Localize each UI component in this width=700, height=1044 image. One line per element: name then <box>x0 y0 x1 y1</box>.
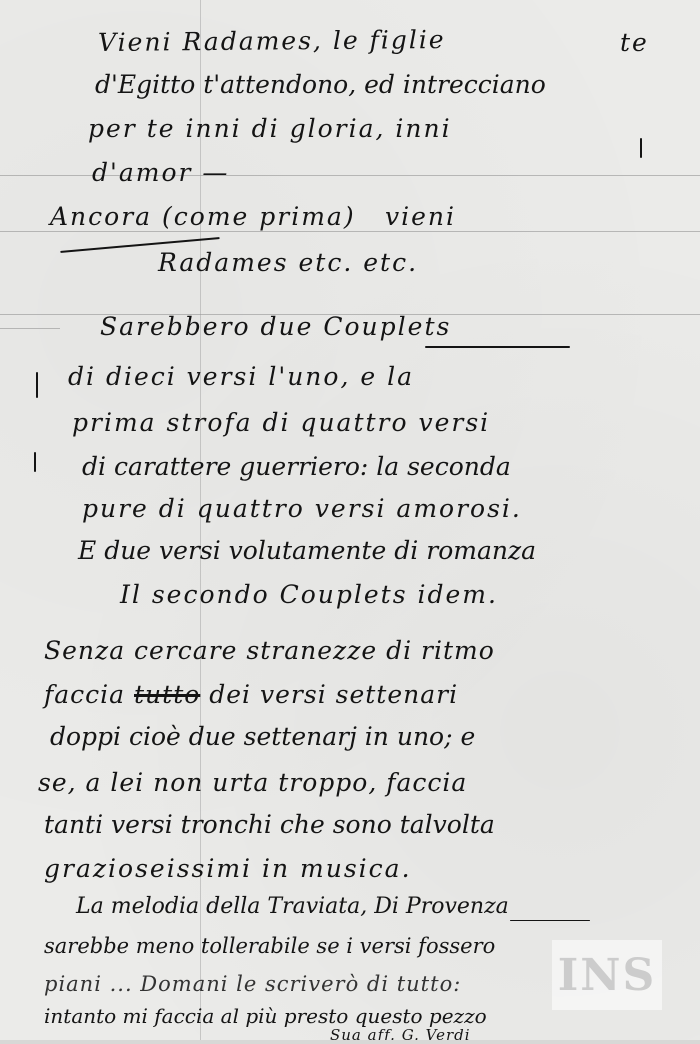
manuscript-line: Vieni Radames, le figlie <box>98 25 446 57</box>
line-fragment: dei versi settenari <box>200 680 458 709</box>
struck-word: tutto <box>134 680 200 709</box>
manuscript-line: prima strofa di quattro versi <box>72 408 490 437</box>
manuscript-line: sarebbe meno tollerabile se i versi foss… <box>44 934 495 958</box>
manuscript-line: di carattere guerriero: la seconda <box>82 452 511 481</box>
margin-mark <box>34 452 36 472</box>
manuscript-line: La melodia della Traviata, Di Provenza <box>76 894 509 919</box>
manuscript-line: E due versi volutamente di romanza <box>78 536 536 565</box>
manuscript-line: intanto mi faccia al più presto questo p… <box>44 1004 487 1028</box>
manuscript-line: d'Egitto t'attendono, ed intrecciano <box>95 70 546 99</box>
manuscript-line: se, a lei non urta troppo, faccia <box>38 768 467 797</box>
manuscript-line: Senza cercare stranezze di ritmo <box>44 636 495 665</box>
fold-line <box>0 328 60 329</box>
manuscript-line: grazioseissimi in musica. <box>44 854 412 883</box>
manuscript-line: vieni <box>385 202 456 231</box>
underline-stroke <box>510 920 590 921</box>
watermark-logo: INS <box>552 940 662 1010</box>
underline-stroke <box>425 346 570 348</box>
manuscript-line: Radames etc. etc. <box>158 248 418 277</box>
manuscript-line: Ancora (come prima) <box>50 202 356 231</box>
margin-mark <box>640 138 642 158</box>
manuscript-line: d'amor — <box>92 158 229 187</box>
manuscript-line: pure di quattro versi amorosi. <box>82 494 522 523</box>
margin-mark <box>36 372 38 398</box>
manuscript-line: per te inni di gloria, inni <box>88 114 452 143</box>
manuscript-line: Il secondo Couplets idem. <box>120 580 498 609</box>
manuscript-line: piani ... Domani le scriverò di tutto: <box>44 972 461 996</box>
manuscript-line: doppi cioè due settenarj in uno; e <box>50 722 475 751</box>
manuscript-page: Vieni Radames, le figlie te d'Egitto t'a… <box>0 0 700 1044</box>
page-edge <box>0 1040 700 1044</box>
manuscript-line: tanti versi tronchi che sono talvolta <box>44 810 495 839</box>
manuscript-line: faccia tutto dei versi settenari <box>44 680 458 709</box>
manuscript-line: Sarebbero due Couplets <box>100 312 451 341</box>
fold-line <box>0 231 700 232</box>
manuscript-line: te <box>620 28 649 57</box>
manuscript-line: di dieci versi l'uno, e la <box>68 362 414 391</box>
line-fragment: faccia <box>44 680 134 709</box>
